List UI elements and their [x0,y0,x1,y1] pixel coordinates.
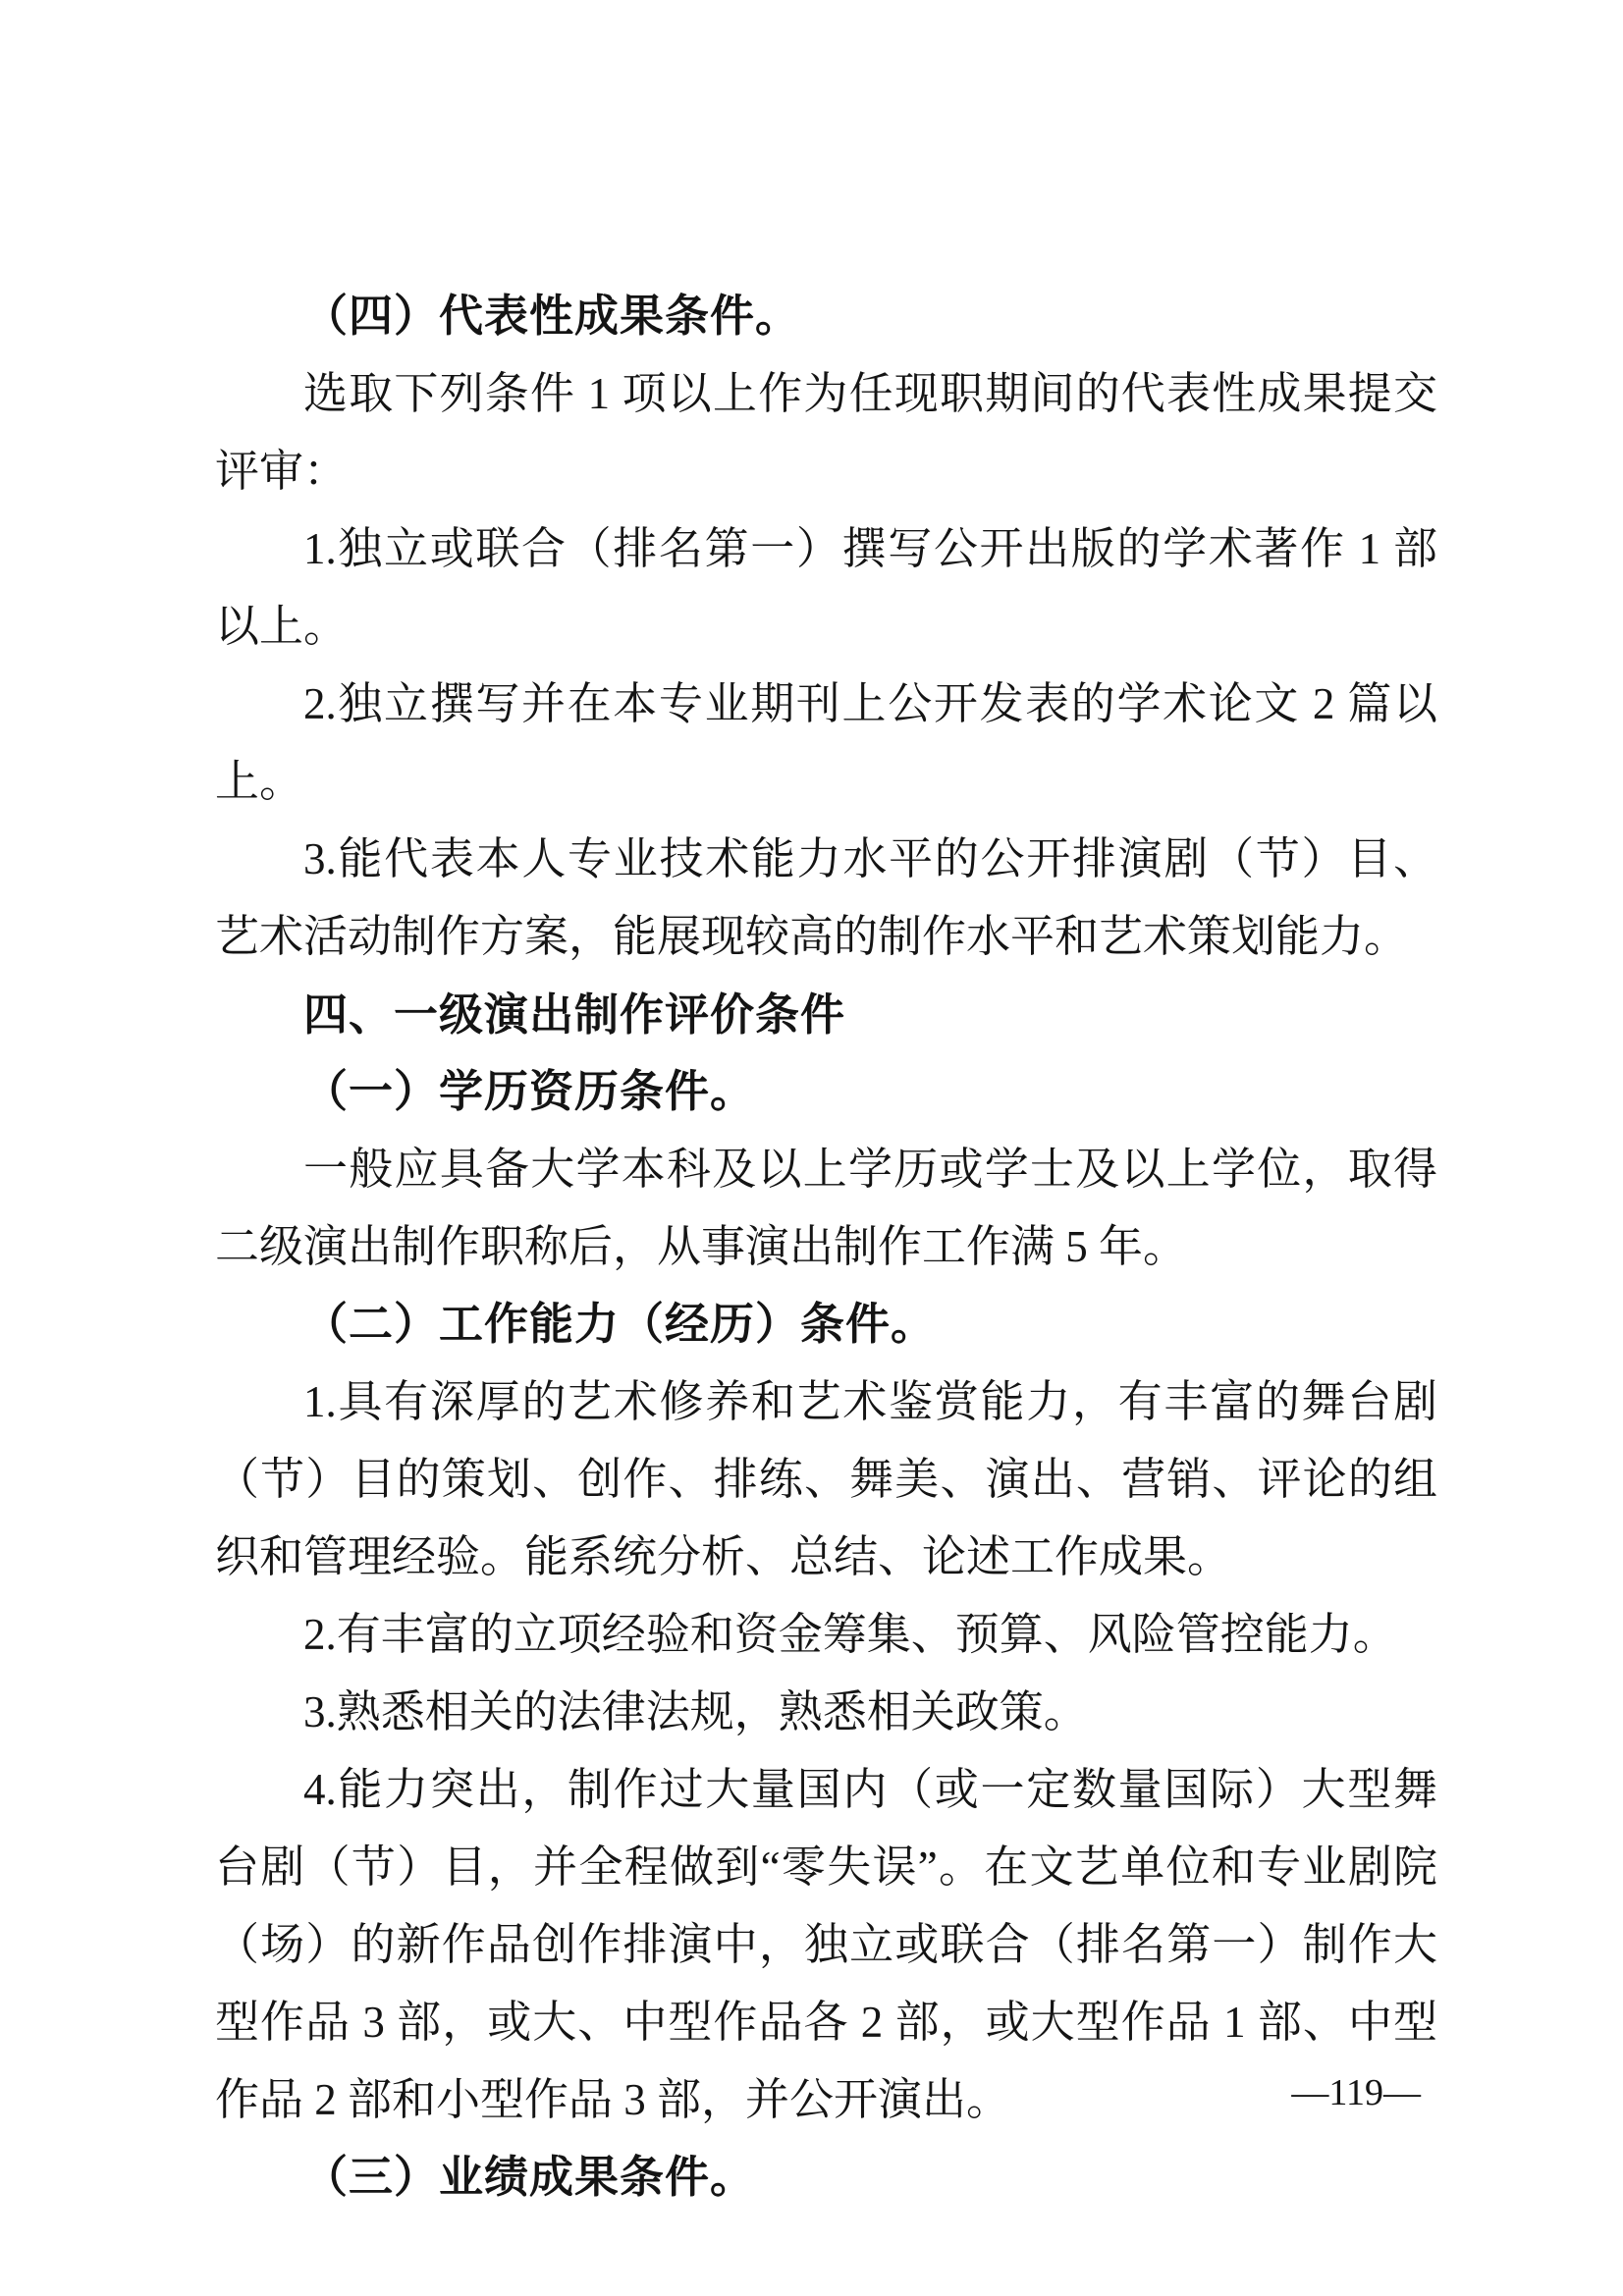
paragraph-education-requirement: 一般应具备大学本科及以上学历或学士及以上学位，取得二级演出制作职称后，从事演出制… [215,1131,1437,1286]
document-body: （四）代表性成果条件。 选取下列条件 1 项以上作为任现职期间的代表性成果提交评… [215,278,1437,2216]
paragraph-intro-representative: 选取下列条件 1 项以上作为任现职期间的代表性成果提交评审： [215,355,1437,510]
document-page: （四）代表性成果条件。 选取下列条件 1 项以上作为任现职期间的代表性成果提交评… [0,0,1623,2296]
subsection-heading-4-representative-achievements: （四）代表性成果条件。 [215,278,1437,355]
subsection-heading-2-work-ability: （二）工作能力（经历）条件。 [215,1286,1437,1363]
paragraph-item-2-papers: 2.独立撰写并在本专业期刊上公开发表的学术论文 2 篇以上。 [215,666,1437,821]
paragraph-ability-1-artistic: 1.具有深厚的艺术修养和艺术鉴赏能力，有丰富的舞台剧（节）目的策划、创作、排练、… [215,1363,1437,1596]
subsection-heading-1-education-seniority: （一）学历资历条件。 [215,1053,1437,1131]
paragraph-ability-3-laws: 3.熟悉相关的法律法规，熟悉相关政策。 [215,1674,1437,1751]
subsection-heading-3-performance-results: （三）业绩成果条件。 [215,2139,1437,2216]
paragraph-ability-2-funding: 2.有丰富的立项经验和资金筹集、预算、风险管控能力。 [215,1596,1437,1674]
paragraph-item-1-monograph: 1.独立或联合（排名第一）撰写公开出版的学术著作 1 部以上。 [215,510,1437,666]
section-heading-4-first-level-criteria: 四、一级演出制作评价条件 [215,976,1437,1053]
paragraph-item-3-productions: 3.能代表本人专业技术能力水平的公开排演剧（节）目、艺术活动制作方案，能展现较高… [215,821,1437,976]
page-number: —119— [215,2069,1437,2116]
